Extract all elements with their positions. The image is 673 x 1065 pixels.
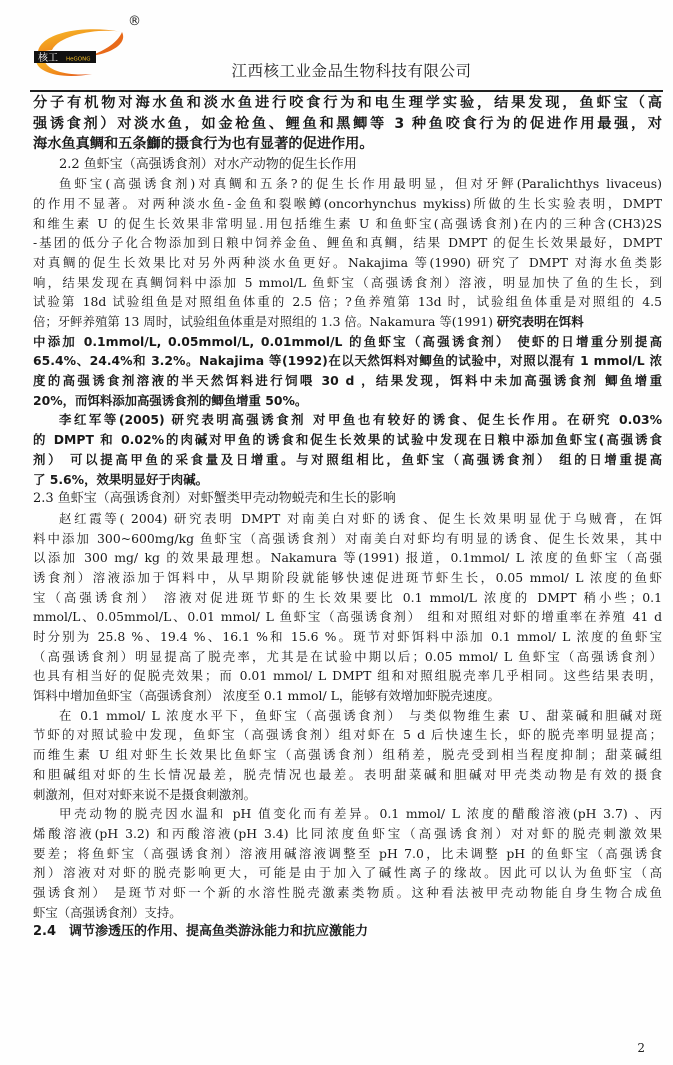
text-line: 20%，而饵料添加高强诱食剂的鲫鱼增重 50%。 <box>33 391 662 411</box>
text-line: 料中添加 300~600mg/kg 鱼虾宝（高强诱食剂）对南美白对虾均有明显的诱… <box>33 529 662 549</box>
text-line: 剂） 可以提高甲鱼的采食量及日增重。与对照组相比，鱼虾宝（高强诱食剂） 组的日增… <box>33 450 662 470</box>
text-line: 中添加 0.1mmol/L, 0.05mmol/L, 0.01mmol/L 的鱼… <box>33 332 662 352</box>
document-body: 分子有机物对海水鱼和淡水鱼进行咬食行为和电生理学实验，结果发现，鱼虾宝（高 强诱… <box>33 93 662 942</box>
section-heading-2-3: 2.3 鱼虾宝（高强诱食剂）对虾蟹类甲壳动物蜕壳和生长的影响 <box>33 489 662 509</box>
page-number: 2 <box>637 1041 645 1055</box>
text-line: 而维生素 U 组对虾生长效果比鱼虾宝（高强诱食剂）组稍差，脱壳受到相当程度抑制；… <box>33 745 662 765</box>
text-line: 饵料中增加鱼虾宝（高强诱食剂） 浓度至 0.1 mmol/ L，能够有效增加虾脱… <box>33 686 662 706</box>
text-line: 的 DMPT 和 0.02%的肉碱对甲鱼的诱食和促生长效果的试验中发现在日粮中添… <box>33 430 662 450</box>
company-name: 江西核工业金品生物科技有限公司 <box>0 59 673 81</box>
text-line: 的作用不显著。对两种淡水鱼-金鱼和裂喉鳟(oncorhynchus mykiss… <box>33 194 662 214</box>
registered-mark: ® <box>128 14 141 29</box>
text-line: 响，结果发现在真鲷饲料中添加 5 mmol/L 鱼虾宝（高强诱食剂）溶液，明显加… <box>33 273 662 293</box>
text-line: 度的高强诱食剂溶液的半天然饵料进行饲喂 30 d ，结果发现，饵料中未加高强诱食… <box>33 371 662 391</box>
text-line: 诱食剂）溶液添加于饵料中，从早期阶段就能够快速促进斑节虾生长，0.05 mmol… <box>33 568 662 588</box>
text-line: 时分别为 25.8 %、19.4 %、16.1 %和 15.6 %。斑节对虾饵料… <box>33 627 662 647</box>
text-line: 宝（高强诱食剂） 溶液对促进斑节虾的生长效果要比 0.1 mmol/L 浓度的 … <box>33 588 662 608</box>
text-line: 虾宝（高强诱食剂）支持。 <box>33 903 662 923</box>
text-line: 分子有机物对海水鱼和淡水鱼进行咬食行为和电生理学实验，结果发现，鱼虾宝（高 <box>33 93 662 114</box>
text-line: 也具有相当好的促脱壳效果；而 0.01 mmol/ L DMPT 组和对照组脱壳… <box>33 666 662 686</box>
text-line: 以添加 300 mg/ kg 的效果最理想。Nakamura 等(1991) 报… <box>33 548 662 568</box>
text-line: （高强诱食剂）明显提高了脱壳率，尤其是在试验中期以后；0.05 mmol/ L … <box>33 647 662 667</box>
text-line: 剂）溶液对对虾的脱壳影响更大，可能是由于加入了碱性离子的缘故。因此可以认为鱼虾宝… <box>33 863 662 883</box>
text-line: 李红军等(2005) 研究表明高强诱食剂 对甲鱼也有较好的诱食、促生长作用。在研… <box>33 410 662 430</box>
section-heading-2-4: 2.4 调节渗透压的作用、提高鱼类游泳能力和抗应激能力 <box>33 922 662 942</box>
header-divider <box>30 90 663 92</box>
text-line: 刺激剂，但对对虾来说不是摄食刺激剂。 <box>33 785 662 805</box>
text-line: 甲壳动物的脱壳因水温和 pH 值变化而有差异。0.1 mmol/ L 浓度的醋酸… <box>33 804 662 824</box>
text-line: 海水鱼真鲷和五条鰤的摄食行为也有显著的促进作用。 <box>33 134 662 155</box>
text-line: 节虾的对照试验中发现，鱼虾宝（高强诱食剂）组对虾在 5 d 后快速生长，虾的脱壳… <box>33 725 662 745</box>
text-line-mixed: 倍；牙鲆养殖第 13 周时，试验组鱼体重是对照组的 1.3 倍。Nakamura… <box>33 312 662 332</box>
text-line: 鱼虾宝(高强诱食剂)对真鲷和五条?的促生长作用最明显，但对牙鲆(Paralich… <box>33 174 662 194</box>
section-heading-2-2: 2.2 鱼虾宝（高强诱食剂）对水产动物的促生长作用 <box>33 155 662 175</box>
text-line: -基团的低分子化合物添加到日粮中饲养金鱼、鲤鱼和真鲷，结果 DMPT 的促生长效… <box>33 233 662 253</box>
text-span-bold: 研究表明在饵料 <box>497 314 584 329</box>
text-line: 和维生素 U 的促生长效果非常明显.用包括维生素 U 和鱼虾宝(高强诱食剂)在内… <box>33 214 662 234</box>
text-line: 对真鲷的促生长效果比对另外两种淡水鱼更好。Nakajima 等(1990) 研究… <box>33 253 662 273</box>
text-line: mmol/L、0.05mmol/L、0.01 mmol/ L 鱼虾宝（高强诱食剂… <box>33 607 662 627</box>
text-line: 了 5.6%，效果明显好于肉碱。 <box>33 470 662 490</box>
text-line: 烯酸溶液(pH 3.2) 和丙酸溶液(pH 3.4) 比同浓度鱼虾宝（高强诱食剂… <box>33 824 662 844</box>
text-line: 赵红霞等( 2004) 研究表明 DMPT 对南美白对虾的诱食、促生长效果明显优… <box>33 509 662 529</box>
text-line: 要差；将鱼虾宝（高强诱食剂）溶液用碱溶液调整至 pH 7.0，比未调整 pH 的… <box>33 844 662 864</box>
text-span: 倍；牙鲆养殖第 13 周时，试验组鱼体重是对照组的 1.3 倍。Nakamura… <box>33 314 493 329</box>
text-line: 和胆碱组对虾的生长情况最差，脱壳情况也最差。表明甜菜碱和胆碱对甲壳类动物是有效的… <box>33 765 662 785</box>
text-line: 强诱食剂）对淡水鱼，如金枪鱼、鲤鱼和黑鲫等 3 种鱼咬食行为的促进作用最强，对 <box>33 114 662 135</box>
text-line: 在 0.1 mmol/ L 浓度水平下，鱼虾宝（高强诱食剂） 与类似物维生素 U… <box>33 706 662 726</box>
text-line: 试验第 18d 试验组鱼是对照组鱼体重的 2.5 倍；?鱼养殖第 13d 时，试… <box>33 292 662 312</box>
text-line: 强诱食剂） 是斑节对虾一个新的水溶性脱壳激素类物质。这种看法被甲壳动物能自身生物… <box>33 883 662 903</box>
text-line: 65.4%、24.4%和 3.2%。Nakajima 等(1992)在以天然饵料… <box>33 351 662 371</box>
document-page: 核工 HeGONG ® 江西核工业金品生物科技有限公司 分子有机物对海水鱼和淡水… <box>0 0 673 1065</box>
